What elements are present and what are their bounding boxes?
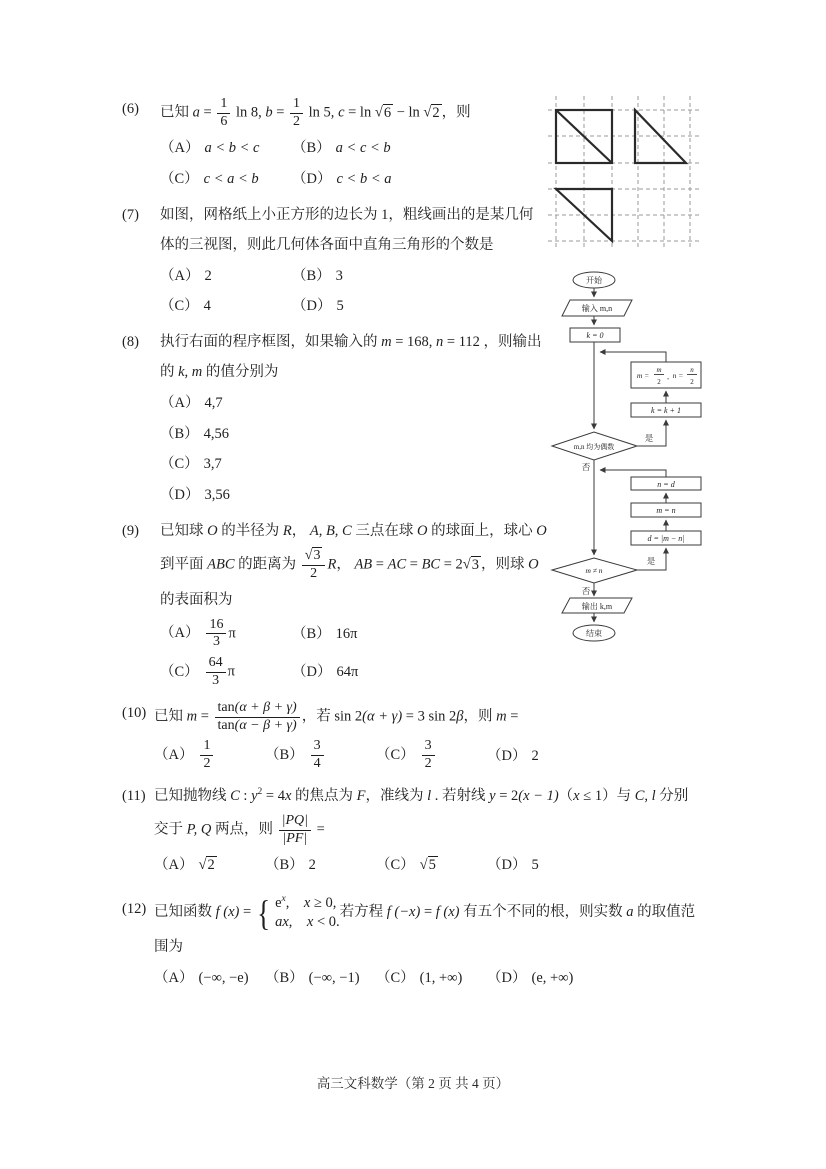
fraction: 163 bbox=[206, 617, 226, 652]
option-c: （C）(1, +∞) bbox=[376, 963, 487, 993]
no-label-1: 否 bbox=[582, 462, 591, 472]
increment-label: k = k + 1 bbox=[651, 406, 681, 415]
question-number: (9) bbox=[122, 516, 160, 546]
sqrt: √2 bbox=[423, 104, 441, 121]
option-c: （C）643π bbox=[160, 653, 292, 692]
option-b: （B）2 bbox=[265, 850, 376, 880]
sqrt: √2 bbox=[198, 856, 216, 873]
option-c: （C）4 bbox=[160, 291, 292, 321]
option-row: （A）(−∞, −e)（B）(−∞, −1)（C）(1, +∞)（D）(e, +… bbox=[122, 962, 770, 993]
option-d: （D）5 bbox=[292, 291, 424, 321]
option-label: （C） bbox=[376, 747, 415, 763]
question-number: (11) bbox=[122, 781, 154, 811]
question-number: (7) bbox=[122, 200, 160, 230]
option-d: （D）(e, +∞) bbox=[487, 963, 598, 993]
option-d: （D）c < b < a bbox=[292, 164, 424, 194]
option-c: （C）32 bbox=[376, 736, 487, 775]
flowchart-figure: 开始 输入 m,n k = 0 m = m 2 , n = n 2 k = k … bbox=[530, 266, 826, 656]
option-row: （A）√2（B）2（C）√5（D）5 bbox=[122, 850, 770, 881]
fraction: √32 bbox=[302, 548, 326, 583]
option-label: （D） bbox=[160, 487, 199, 503]
option-label: （A） bbox=[160, 268, 199, 284]
fraction: 32 bbox=[422, 738, 435, 773]
option-label: （C） bbox=[160, 298, 199, 314]
fraction: 643 bbox=[206, 655, 226, 690]
option-label: （C） bbox=[160, 171, 199, 187]
fraction: 16 bbox=[217, 96, 230, 131]
neq-condition-label: m ≠ n bbox=[585, 566, 602, 575]
yes-label-1: 是 bbox=[645, 433, 654, 443]
option-a: （A）12 bbox=[154, 736, 265, 775]
option-label: （B） bbox=[265, 747, 304, 763]
fraction: tan(α + β + γ)tan(α − β + γ) bbox=[215, 700, 300, 735]
option-label: （D） bbox=[292, 298, 331, 314]
option-label: （A） bbox=[160, 625, 199, 641]
option-label: （A） bbox=[154, 857, 193, 873]
curly-brace: { bbox=[257, 897, 270, 929]
radical-sign: √ bbox=[420, 857, 428, 873]
option-label: （B） bbox=[265, 970, 304, 986]
fraction: |PQ||PF| bbox=[279, 813, 311, 848]
halve-m-den: 2 bbox=[657, 378, 661, 386]
question-12: (12)已知函数 f (x) = {ex, x ≥ 0,ax, x < 0.若方… bbox=[122, 894, 770, 992]
option-a: （A）4,7 bbox=[160, 388, 223, 418]
sqrt: √6 bbox=[375, 104, 393, 121]
question-number: (8) bbox=[122, 327, 160, 357]
three-view-grid-figure bbox=[545, 88, 802, 258]
grid-dashed-lines bbox=[548, 96, 702, 250]
output-label: 输出 k,m bbox=[582, 601, 613, 611]
question-line: 交于 P, Q 两点，则 |PQ||PF| = bbox=[122, 811, 770, 850]
question-line: (11)已知抛物线 C : y2 = 4x 的焦点为 F，准线为 l . 若射线… bbox=[122, 781, 770, 811]
option-c: （C）c < a < b bbox=[160, 164, 292, 194]
three-view-shapes bbox=[556, 110, 686, 241]
option-label: （A） bbox=[154, 747, 193, 763]
option-d: （D）64π bbox=[292, 657, 424, 687]
piecewise-cases: {ex, x ≥ 0,ax, x < 0. bbox=[255, 894, 340, 932]
option-label: （A） bbox=[154, 970, 193, 986]
option-row: （C）643π（D）64π bbox=[122, 653, 770, 692]
exam-page: (6)已知 a = 16 ln 8, b = 12 ln 5, c = ln √… bbox=[0, 0, 826, 1169]
input-label: 输入 m,n bbox=[582, 303, 612, 313]
end-label: 结束 bbox=[586, 628, 602, 638]
option-label: （D） bbox=[292, 171, 331, 187]
radical-sign: √ bbox=[375, 105, 383, 121]
halve-comma: , bbox=[667, 372, 669, 381]
option-label: （D） bbox=[487, 857, 526, 873]
option-label: （C） bbox=[160, 456, 199, 472]
option-label: （D） bbox=[292, 664, 331, 680]
option-a: （A）163π bbox=[160, 615, 292, 654]
option-b: （B）16π bbox=[292, 619, 424, 649]
k-init-label: k = 0 bbox=[587, 331, 604, 340]
option-b: （B）a < c < b bbox=[292, 133, 424, 163]
page-footer: 高三文科数学（第 2 页 共 4 页） bbox=[0, 1072, 826, 1092]
question-line: 围为 bbox=[122, 932, 770, 962]
option-d: （D）5 bbox=[487, 850, 598, 880]
option-label: （C） bbox=[376, 857, 415, 873]
option-a: （A）2 bbox=[160, 261, 292, 291]
start-label: 开始 bbox=[586, 275, 603, 285]
option-c: （C）3,7 bbox=[160, 449, 222, 479]
option-d: （D）3,56 bbox=[160, 480, 230, 510]
yes-label-2: 是 bbox=[647, 556, 656, 566]
option-label: （C） bbox=[160, 664, 199, 680]
halve-n-eq: n = bbox=[673, 371, 684, 380]
option-d: （D）2 bbox=[487, 741, 598, 771]
halve-n-den: 2 bbox=[690, 378, 694, 386]
option-a: （A）(−∞, −e) bbox=[154, 963, 265, 993]
option-label: （B） bbox=[265, 857, 304, 873]
m-assign-label: m = n bbox=[656, 506, 675, 515]
option-label: （B） bbox=[160, 426, 199, 442]
question-line: (12)已知函数 f (x) = {ex, x ≥ 0,ax, x < 0.若方… bbox=[122, 894, 770, 932]
option-a: （A）a < b < c bbox=[160, 133, 292, 163]
question-line: (10)已知 m = tan(α + β + γ)tan(α − β + γ)，… bbox=[122, 698, 770, 737]
option-label: （D） bbox=[487, 970, 526, 986]
question-number: (12) bbox=[122, 894, 154, 924]
no-label-2: 否 bbox=[582, 586, 591, 596]
option-label: （B） bbox=[292, 140, 331, 156]
fraction: 12 bbox=[290, 96, 303, 131]
option-b: （B）(−∞, −1) bbox=[265, 963, 376, 993]
radical-sign: √ bbox=[463, 557, 471, 573]
option-a: （A）√2 bbox=[154, 850, 265, 880]
halve-n-num: n bbox=[690, 366, 694, 374]
d-assign-label: d = |m − n| bbox=[648, 534, 685, 543]
question-10: (10)已知 m = tan(α + β + γ)tan(α − β + γ)，… bbox=[122, 698, 770, 775]
question-number: (10) bbox=[122, 698, 154, 728]
option-b: （B）4,56 bbox=[160, 419, 229, 449]
question-11: (11)已知抛物线 C : y2 = 4x 的焦点为 F，准线为 l . 若射线… bbox=[122, 781, 770, 880]
option-c: （C）√5 bbox=[376, 850, 487, 880]
halve-m-num: m bbox=[656, 366, 661, 374]
halve-m-eq: m = bbox=[637, 371, 649, 380]
option-label: （C） bbox=[376, 970, 415, 986]
question-number: (6) bbox=[122, 94, 160, 124]
sqrt: √3 bbox=[463, 556, 481, 573]
option-label: （A） bbox=[160, 395, 199, 411]
option-b: （B）34 bbox=[265, 736, 376, 775]
option-label: （B） bbox=[292, 626, 331, 642]
option-label: （A） bbox=[160, 140, 199, 156]
option-b: （B）3 bbox=[292, 261, 424, 291]
option-row: （A）12（B）34（C）32（D）2 bbox=[122, 736, 770, 775]
sqrt: √3 bbox=[305, 547, 323, 563]
n-assign-label: n = d bbox=[657, 480, 675, 489]
option-label: （B） bbox=[292, 268, 331, 284]
sqrt: √5 bbox=[420, 856, 438, 873]
fraction: 34 bbox=[311, 738, 324, 773]
fraction: 12 bbox=[200, 738, 213, 773]
even-condition-label: m,n 均为偶数 bbox=[574, 442, 614, 451]
option-label: （D） bbox=[487, 748, 526, 764]
